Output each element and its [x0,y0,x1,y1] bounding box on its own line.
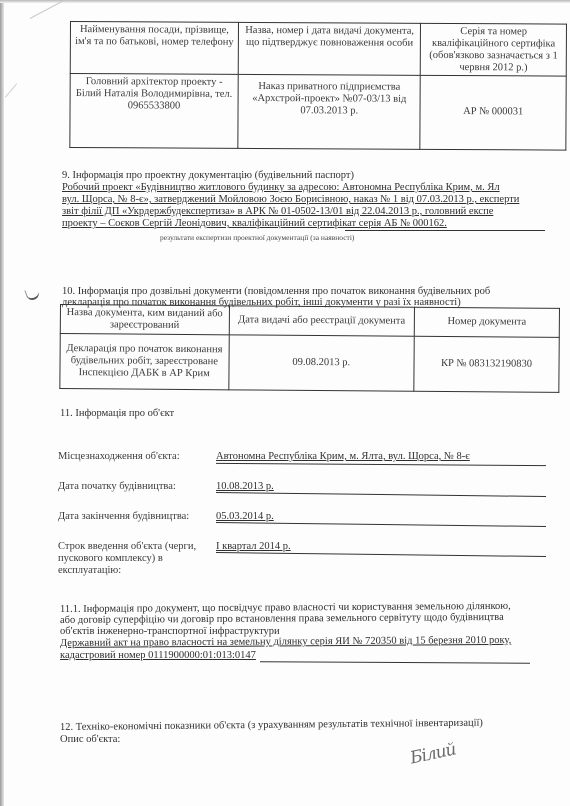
section-11-1-value: Державний акт на право власності на земе… [60,635,511,650]
header-cell: Найменування посади, прізвище, ім'я та п… [70,22,238,75]
section-9-title: 9. Інформація про проектну документацію … [62,170,354,182]
section-9-line: Робочий проект «Будівництво житлового бу… [62,182,500,194]
table-header-row: Назва документа, ким виданий або зареєст… [60,305,559,338]
section-9-caption: результати експертизи проектної документ… [160,232,354,244]
permits-table: Назва документа, ким виданий або зареєст… [59,304,560,393]
table-cell: АР № 000031 [420,75,566,150]
field-label-end-date: Дата закінчення будівництва: [58,511,189,523]
section-12-subtitle: Опис об'єкта: [60,734,120,746]
underline-rule [216,552,546,557]
section-9-line: звіт філії ДП «Укрдержбудекспертиза» в А… [62,206,493,218]
header-cell: Серія та номер кваліфікаційного сертифік… [421,23,567,76]
field-label-location: Місцезнаходження об'єкта: [58,451,180,463]
table-row: Декларація про початок виконання будівел… [60,334,559,393]
table-cell: КР № 083132190830 [414,336,559,392]
table-cell: Декларація про початок виконання будівел… [60,334,229,390]
personnel-table: Найменування посади, прізвище, ім'я та п… [69,21,567,151]
scan-artifact [5,83,17,97]
underline-rule [216,522,546,527]
section-11-1-value: кадастровий номер 0111900000:01:013:0147 [60,650,256,662]
section-12-title: 12. Техніко-економічні показники об'єкта… [60,718,483,734]
header-cell: Дата видачі або реєстрації документа [229,306,415,336]
section-9-line: проекту – Соєков Сергій Леонідович, квал… [62,218,447,230]
table-row: Головний архітектор проекту - Білий Ната… [70,74,566,151]
header-cell: Номер документа [414,307,559,337]
section-9-line: вул. Щорса, № 8-є», затверджений Мойлово… [62,194,519,206]
section-11-title: 11. Інформація про об'єкт [60,408,174,420]
field-label-start-date: Дата початку будівництва: [58,481,176,493]
scan-edge-top [0,0,570,3]
underline-rule [345,230,545,231]
table-header-row: Найменування посади, прізвище, ім'я та п… [70,22,566,77]
field-value-location: Автономна Республіка Крим, м. Ялта, вул.… [216,451,470,463]
underline-rule [216,463,546,466]
table-cell: Наказ приватного підприємства «Архстрой-… [238,74,421,149]
table-cell: 09.08.2013 р. [228,335,414,391]
scan-edge-left [0,0,4,806]
header-cell: Назва, номер і дата видачі документа, що… [238,22,421,75]
table-cell: Головний архітектор проекту - Білий Ната… [70,74,238,149]
section-11-1-text: або договір суперфіцію чи договір про вс… [60,612,504,627]
header-cell: Назва документа, ким виданий або зареєст… [60,305,229,335]
underline-rule [260,661,530,663]
signature: Білий [408,739,457,768]
margin-mark [24,286,40,302]
field-label-commissioning: Строк введення об'єкта (черги, пускового… [58,541,203,577]
underline-rule [216,492,546,497]
